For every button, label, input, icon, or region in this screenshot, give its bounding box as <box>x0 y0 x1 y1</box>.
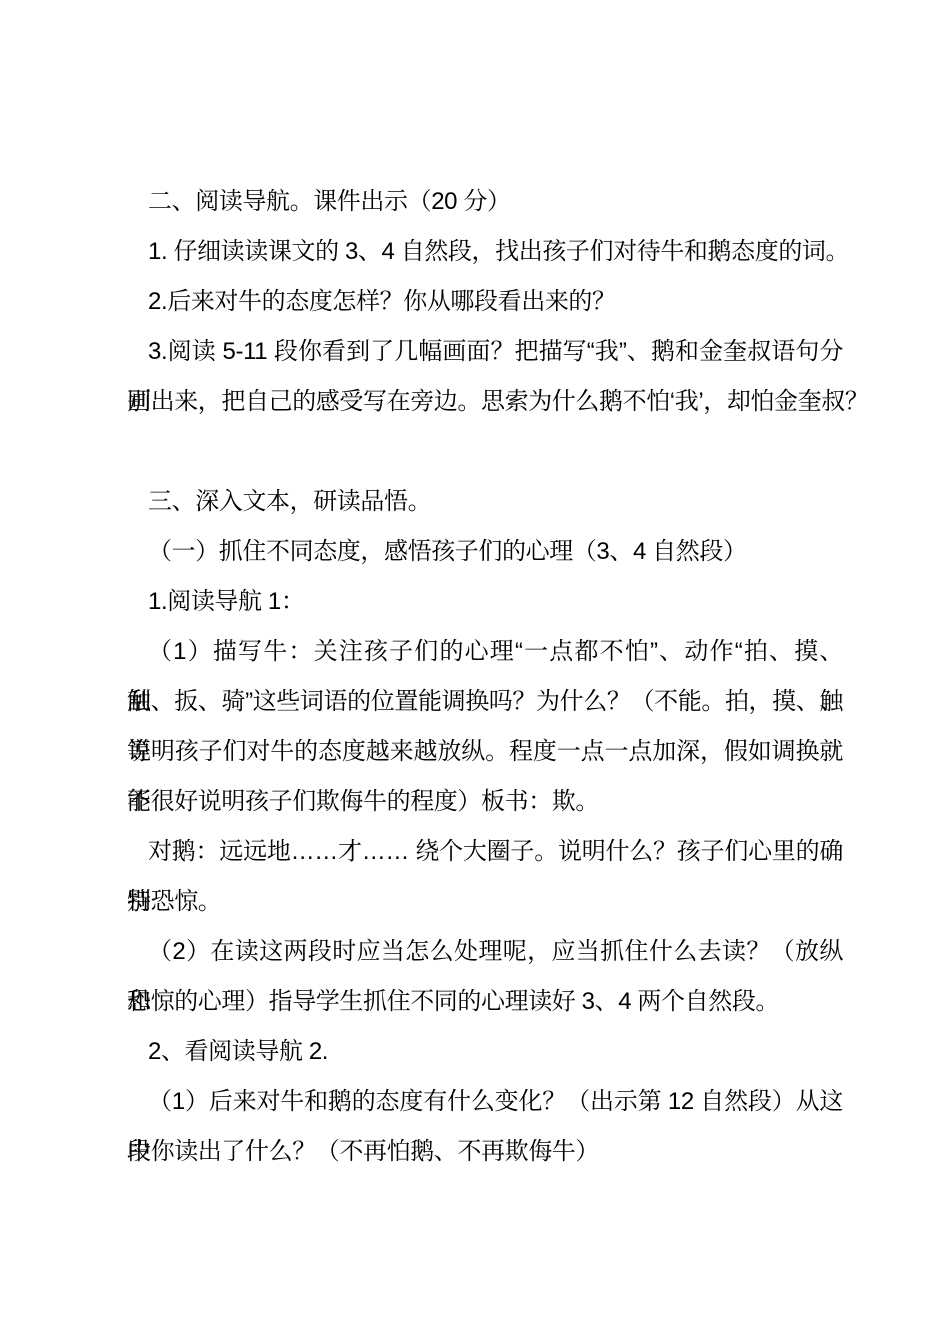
document-page: 二、阅读导航。课件出示（20 分） 1. 仔细读读课文的 3、4 自然段，找出孩… <box>0 0 950 1344</box>
guide1-point2-line-2: 恐惊的心理）指导学生抓住不同的心理读好 3、4 两个自然段。 <box>127 977 843 1027</box>
guide2-point1-line-2: 中你读出了什么？（不再怕鹅、不再欺侮牛） <box>127 1127 843 1177</box>
nav-item-3-line-2: 画出来，把自己的感受写在旁边。思索为什么鹅不怕‘我’，却怕金奎叔？ <box>127 377 843 427</box>
guide1-point1-line-1: （1）描写牛：关注孩子们的心理“一点都不怕”、动作“拍、摸、触、 <box>127 627 843 677</box>
guide1-point1-line-4: 能很好说明孩子们欺侮牛的程度）板书：欺。 <box>127 777 843 827</box>
text-column: 二、阅读导航。课件出示（20 分） 1. 仔细读读课文的 3、4 自然段，找出孩… <box>127 177 843 1177</box>
nav-item-2: 2.后来对牛的态度怎样？你从哪段看出来的？ <box>127 277 843 327</box>
nav-item-1: 1. 仔细读读课文的 3、4 自然段，找出孩子们对待牛和鹅态度的词。 <box>127 227 843 277</box>
subheading-attitudes: （一）抓住不同态度，感悟孩子们的心理（3、4 自然段） <box>127 527 843 577</box>
reading-guide-1-label: 1.阅读导航 1： <box>127 577 843 627</box>
heading-deep-into-text: 三、深入文本，研读品悟。 <box>127 477 843 527</box>
guide1-point1-line-3: 说明孩子们对牛的态度越来越放纵。程度一点一点加深，假如调换就不 <box>127 727 843 777</box>
reading-guide-2-label: 2、看阅读导航 2. <box>127 1027 843 1077</box>
guide1-point1-line-2: 刮、扳、骑”这些词语的位置能调换吗？为什么？（不能。拍，摸、触等 <box>127 677 843 727</box>
blank-line <box>127 427 843 477</box>
goose-analysis-line-2: 别恐惊。 <box>127 877 843 927</box>
guide1-point2-line-1: （2）在读这两段时应当怎么处理呢，应当抓住什么去读？（放纵和 <box>127 927 843 977</box>
heading-reading-navigation: 二、阅读导航。课件出示（20 分） <box>127 177 843 227</box>
goose-analysis-line-1: 对鹅：远远地……才…… 绕个大圈子。说明什么？孩子们心里的确特 <box>127 827 843 877</box>
guide2-point1-line-1: （1）后来对牛和鹅的态度有什么变化？（出示第 12 自然段）从这段 <box>127 1077 843 1127</box>
nav-item-3-line-1: 3.阅读 5-11 段你看到了几幅画面？把描写“我”、鹅和金奎叔语句分别 <box>127 327 843 377</box>
